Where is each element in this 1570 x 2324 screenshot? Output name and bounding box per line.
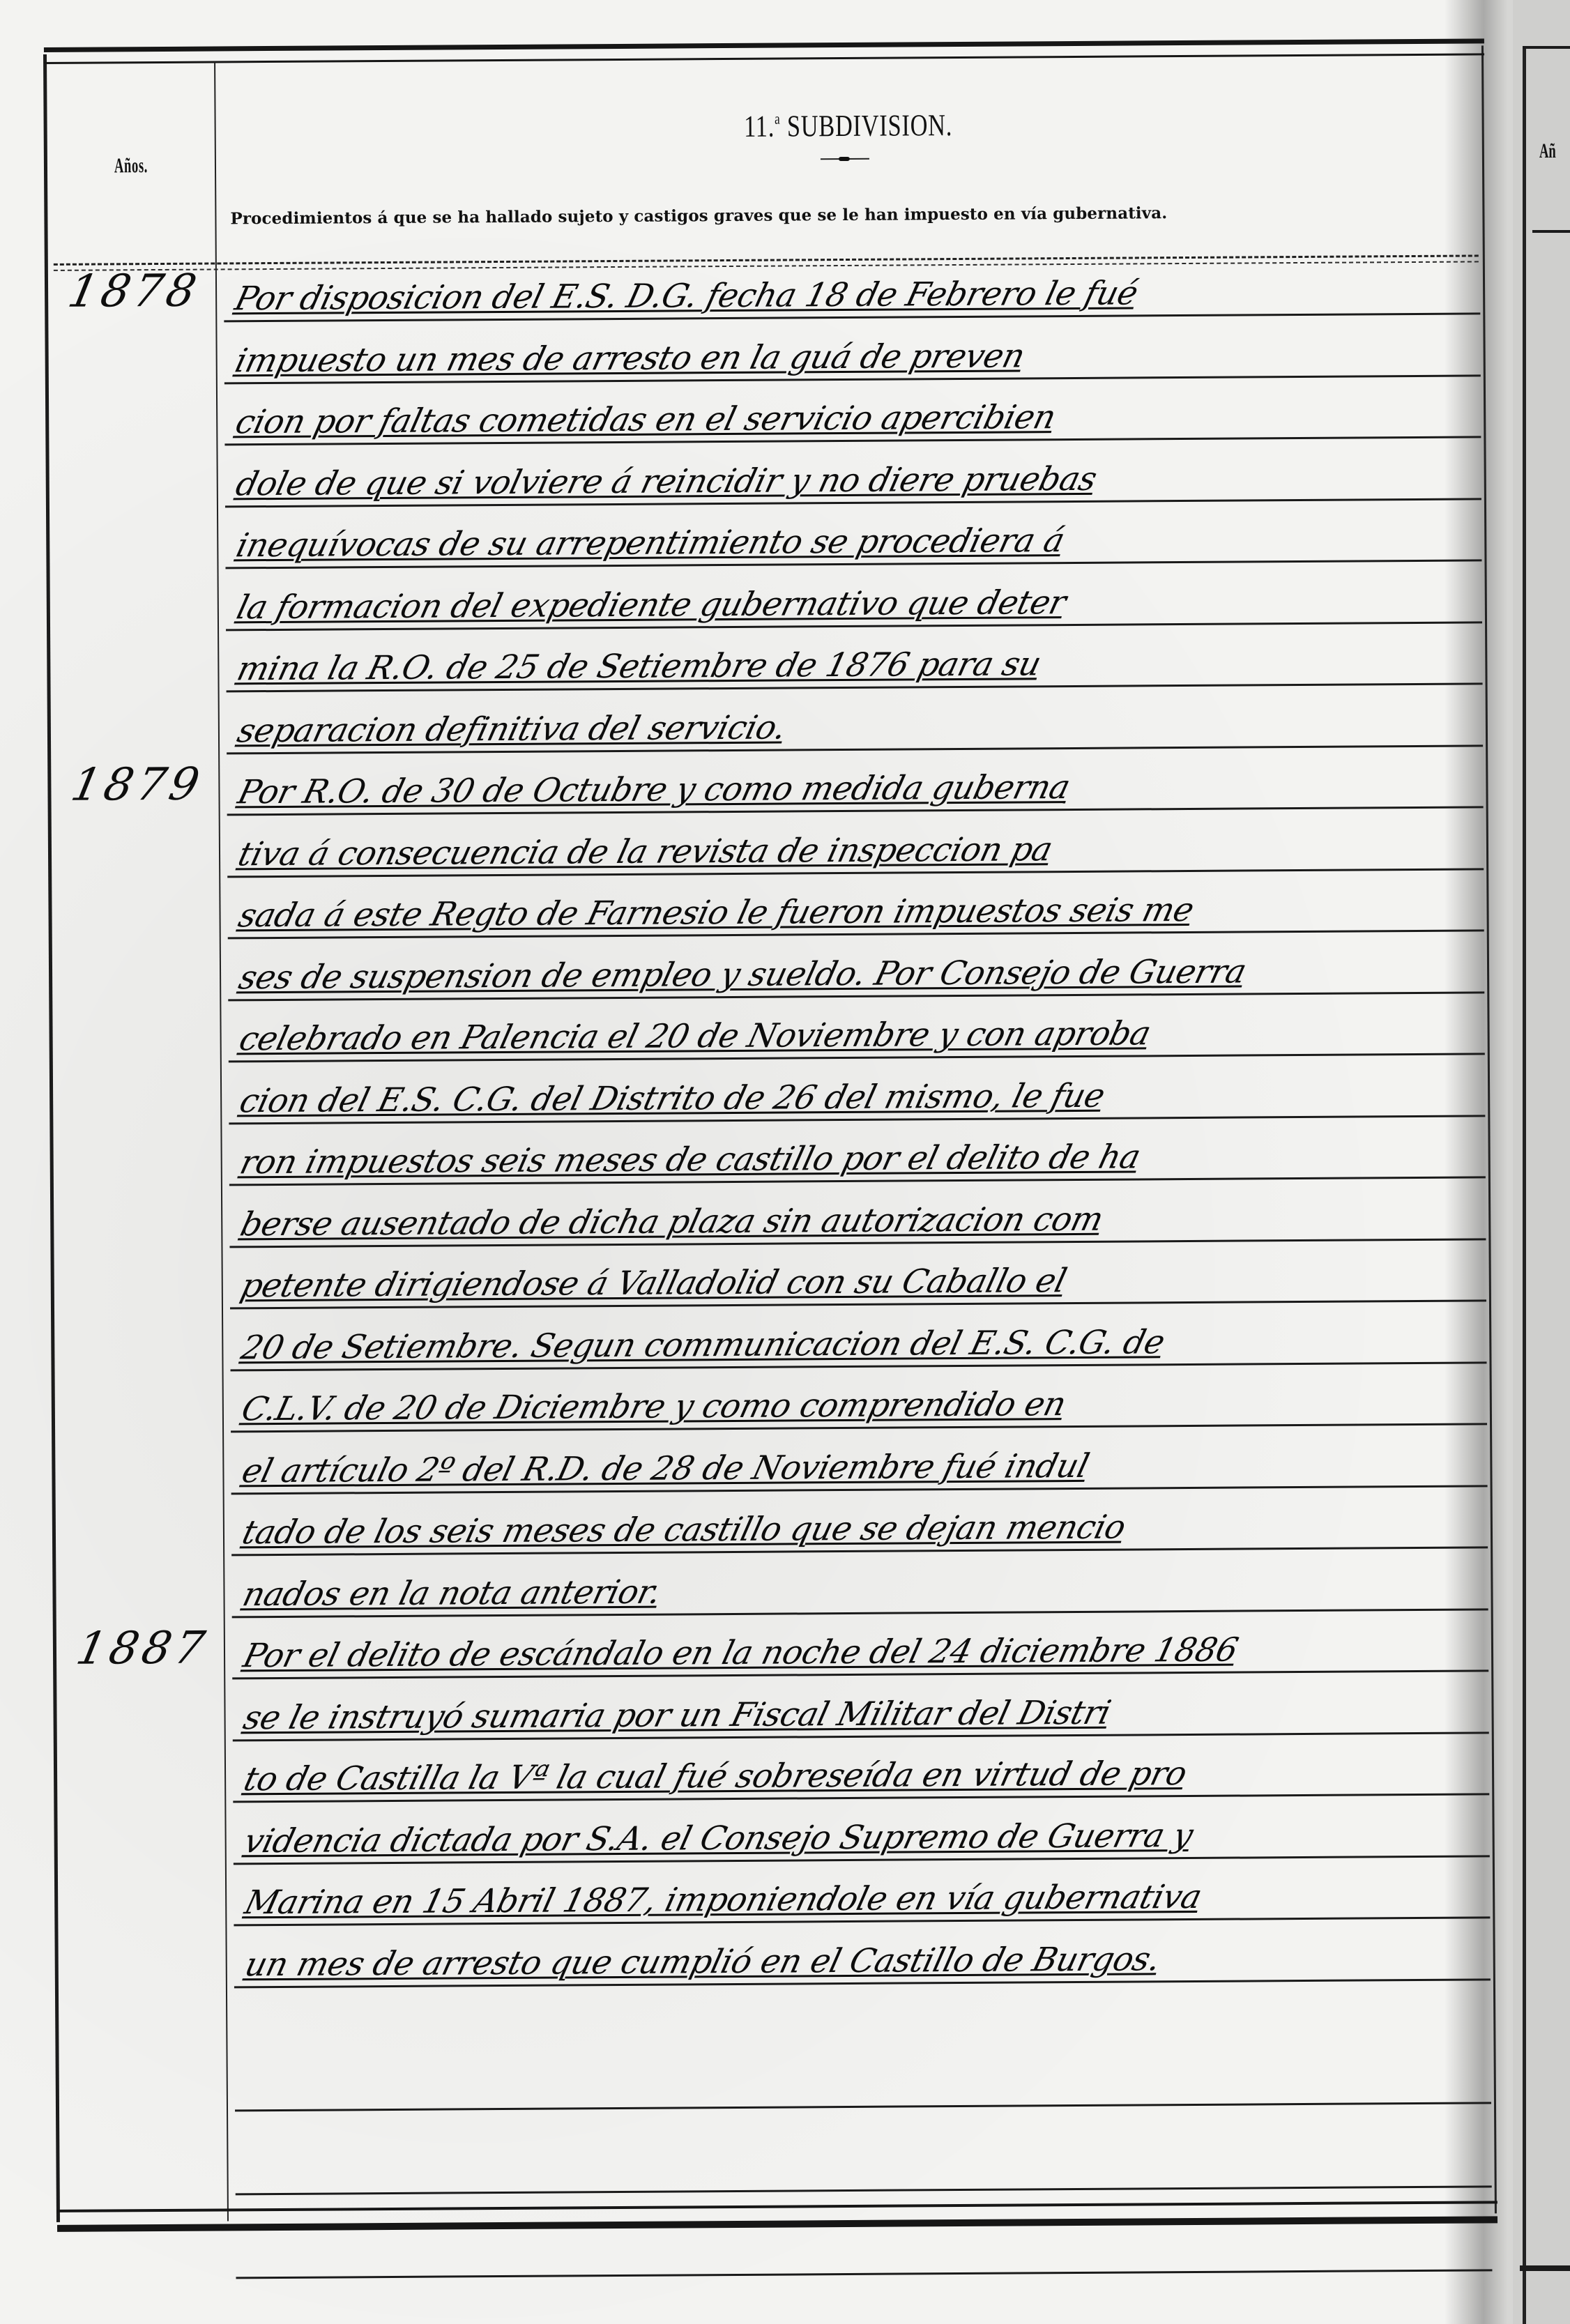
entry-handwritten-line: dole de que si volviere á reincidir y no…	[232, 457, 1491, 503]
ledger-line: 1879Por R.O. de 30 de Octubre y como med…	[51, 755, 1486, 817]
entry-handwritten-line: impuesto un mes de arresto en la guá de …	[231, 334, 1490, 380]
entry-handwritten-line: un mes de arresto que cumplió en el Cast…	[241, 1938, 1500, 1984]
adjacent-page-years-header: Añ	[1539, 139, 1556, 163]
entry-year: 1879	[67, 758, 217, 811]
ledger-line: C.L.V. de 20 de Diciembre y como compren…	[55, 1372, 1490, 1434]
entry-handwritten-line: berse ausentado de dicha plaza sin autor…	[236, 1198, 1495, 1244]
entry-handwritten-line: inequívocas de su arrepentimiento se pro…	[232, 519, 1491, 565]
entry-handwritten-line: tado de los seis meses de castillo que s…	[238, 1506, 1497, 1552]
entry-handwritten-line: petente dirigiendose á Valladolid con su…	[237, 1259, 1495, 1305]
entry-handwritten-line: celebrado en Palencia el 20 de Noviembre…	[236, 1012, 1494, 1058]
ledger-line: tiva á consecuencia de la revista de ins…	[52, 817, 1486, 879]
ordinal-suffix: a	[775, 110, 781, 128]
entry-handwritten-line: mina la R.O. de 25 de Setiembre de 1876 …	[234, 642, 1492, 688]
adjacent-page-top-rule	[1523, 46, 1570, 49]
ledger-line: sada á este Regto de Farnesio le fueron …	[52, 878, 1486, 940]
form-header: Años. 11.a SUBDIVISION. Procedimientos á…	[47, 48, 1483, 266]
ledger-line: 1887Por el delito de escándalo en la noc…	[56, 1619, 1491, 1681]
ledger-line: cion del E.S. C.G. del Distrito de 26 de…	[53, 1064, 1488, 1126]
adjacent-page-edge: Añ	[1513, 0, 1570, 2324]
ledger-line: el artículo 2º del R.D. de 28 de Noviemb…	[55, 1434, 1490, 1496]
ledger-line: separacion definitiva del servicio.	[51, 694, 1486, 756]
entry-handwritten-line: to de Castilla la Vª la cual fué sobrese…	[240, 1752, 1498, 1798]
ledger-line: celebrado en Palencia el 20 de Noviembre…	[52, 1002, 1487, 1064]
blank-ledger-line	[59, 2134, 1494, 2196]
ledger-line: videncia dictada por S.A. el Consejo Sup…	[57, 1804, 1492, 1866]
ledger-line: to de Castilla la Vª la cual fué sobrese…	[57, 1742, 1492, 1804]
ornament-divider-icon	[821, 157, 869, 161]
ruled-line	[235, 2102, 1491, 2111]
ledger-line: petente dirigiendose á Valladolid con su…	[54, 1248, 1489, 1310]
ledger-line: un mes de arresto que cumplió en el Cast…	[58, 1927, 1493, 1989]
entry-handwritten-line: el artículo 2º del R.D. de 28 de Noviemb…	[238, 1444, 1497, 1490]
adjacent-page-header-rule	[1532, 230, 1570, 233]
entry-handwritten-line: se le instruyó sumaria por un Fiscal Mil…	[240, 1691, 1498, 1737]
ledger-line: tado de los seis meses de castillo que s…	[56, 1495, 1491, 1557]
ledger-line: dole de que si volviere á reincidir y no…	[49, 447, 1484, 509]
entry-year: 1887	[72, 1622, 222, 1674]
ledger-line: berse ausentado de dicha plaza sin autor…	[54, 1187, 1488, 1249]
ledger-line: la formacion del expediente gubernativo …	[50, 570, 1485, 632]
ledger-line: ron impuestos seis meses de castillo por…	[53, 1125, 1488, 1187]
ledger-line: ses de suspension de empleo y sueldo. Po…	[52, 940, 1487, 1002]
entry-handwritten-line: cion del E.S. C.G. del Distrito de 26 de…	[236, 1074, 1494, 1120]
section-word: SUBDIVISION.	[787, 108, 953, 143]
ledger-line: 1878Por disposicion del E.S. D.G. fecha …	[48, 261, 1483, 323]
entry-handwritten-line: ron impuestos seis meses de castillo por…	[236, 1136, 1495, 1182]
entry-handwritten-line: sada á este Regto de Farnesio le fueron …	[235, 889, 1493, 935]
entry-handwritten-line: Marina en 15 Abril 1887, imponiendole en…	[241, 1876, 1499, 1922]
blank-ledger-line	[59, 2051, 1494, 2113]
years-column-header: Años.	[79, 154, 183, 178]
entry-handwritten-line: 20 de Setiembre. Segun communicacion del…	[238, 1321, 1496, 1367]
adjacent-page-bottom-rule	[1520, 2265, 1570, 2271]
ledger-line: se le instruyó sumaria por un Fiscal Mil…	[56, 1681, 1491, 1743]
ledger-line: 20 de Setiembre. Segun communicacion del…	[54, 1310, 1489, 1373]
entry-handwritten-line: nados en la nota anterior.	[239, 1568, 1497, 1614]
ledger-form: Años. 11.a SUBDIVISION. Procedimientos á…	[43, 45, 1497, 2222]
section-number: 11.	[744, 109, 775, 144]
ledger-line: cion por faltas cometidas en el servicio…	[49, 385, 1484, 447]
adjacent-page-border	[1523, 49, 1526, 2324]
entry-handwritten-line: separacion definitiva del servicio.	[234, 704, 1492, 750]
entry-handwritten-line: ses de suspension de empleo y sueldo. Po…	[235, 951, 1493, 997]
description-column-header: Procedimientos á que se ha hallado sujet…	[230, 201, 1475, 228]
ledger-line: Marina en 15 Abril 1887, imponiendole en…	[58, 1865, 1493, 1927]
entry-year: 1878	[63, 266, 213, 318]
entry-handwritten-line: C.L.V. de 20 de Diciembre y como compren…	[238, 1382, 1496, 1428]
entry-handwritten-line: Por el delito de escándalo en la noche d…	[239, 1629, 1497, 1675]
ledger-line: nados en la nota anterior.	[56, 1557, 1491, 1619]
entry-handwritten-line: cion por faltas cometidas en el servicio…	[231, 395, 1490, 441]
entry-handwritten-line: Por disposicion del E.S. D.G. fecha 18 d…	[231, 272, 1489, 318]
entry-handwritten-line: la formacion del expediente gubernativo …	[233, 581, 1491, 627]
ledger-line: inequívocas de su arrepentimiento se pro…	[49, 508, 1484, 570]
entry-handwritten-line: videncia dictada por S.A. el Consejo Sup…	[241, 1814, 1499, 1860]
ledger-line: mina la R.O. de 25 de Setiembre de 1876 …	[50, 632, 1485, 694]
section-title: 11.a SUBDIVISION.	[353, 105, 1342, 147]
ruled-line	[236, 2185, 1492, 2195]
entry-handwritten-line: tiva á consecuencia de la revista de ins…	[234, 827, 1493, 873]
ledger-line: impuesto un mes de arresto en la guá de …	[48, 323, 1483, 385]
entry-handwritten-line: Por R.O. de 30 de Octubre y como medida …	[234, 765, 1493, 811]
